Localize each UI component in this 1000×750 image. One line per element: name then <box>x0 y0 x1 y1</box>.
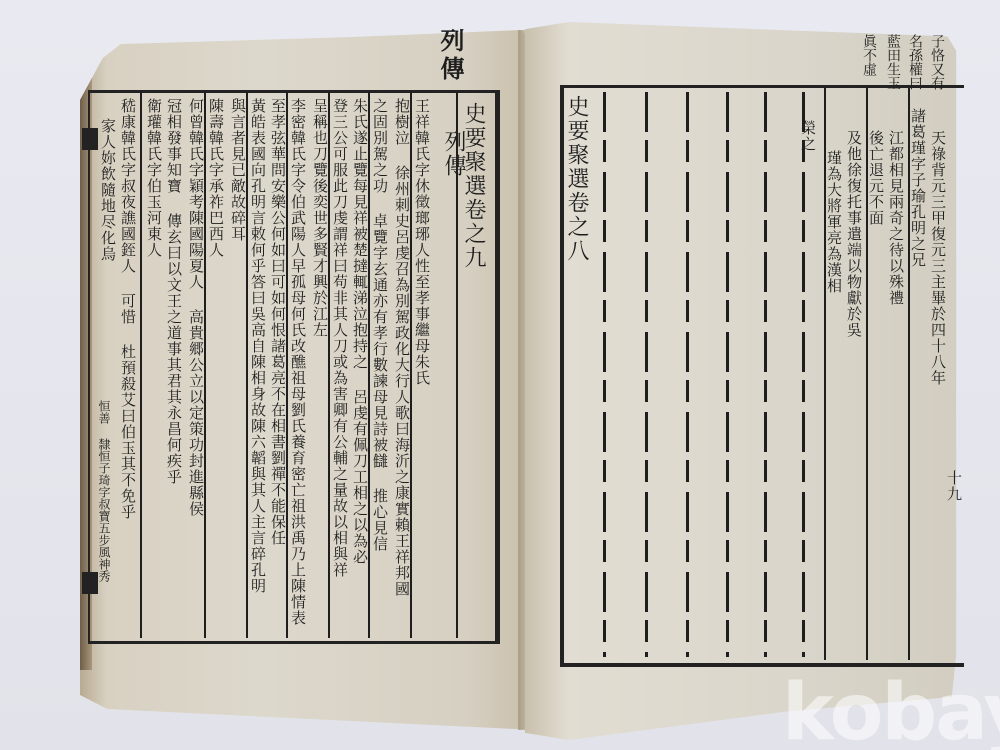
text-column: 及他徐復托事遣端以物獻於吳 <box>846 130 861 650</box>
text-column: 天祿背元三甲復元三主畢於四十八年 <box>930 130 945 650</box>
text-column: 至孝弦華問安樂公何如曰可如何恨諸葛亮不在相書劉禪不能保任 <box>270 98 285 638</box>
text-column: 江都相見兩奇之待以殊禮 <box>888 130 903 650</box>
text-column: 王祥韓氏字休徵瑯琊人性至孝事繼母朱氏 <box>414 98 429 638</box>
blank-column-rule <box>686 92 689 657</box>
top-note: 名孫權曰 <box>908 34 922 90</box>
text-column: 瑾為大將軍亮為漢相 <box>826 150 841 650</box>
text-column: 呈稱也刀覽後奕世多賢才興於江左 <box>312 98 327 638</box>
text-column: 朱氏遂止覽每見祥被楚撻輒涕泣抱持之 呂虔有佩刀工相之以為必 <box>352 98 367 638</box>
text-column: 登三公可服此刀虔謂祥曰苟非其人刀或為害卿有公輔之量故以相與祥 <box>332 98 347 638</box>
text-column: 衛瓘韓氏字伯玉河東人 <box>146 98 161 638</box>
column-rule <box>286 92 288 638</box>
text-column: 黃皓表國向孔明言敕何乎答曰吳高自陳相身故陳六韜與其人主言碎孔明 <box>250 98 265 638</box>
top-note: 藍田生玉 <box>886 34 900 90</box>
blank-column-rule <box>645 92 648 657</box>
blank-column-rule <box>603 92 606 657</box>
text-column: 何曾韓氏字穎考陳國陽夏人 高貴郷公立以定策功封進縣侯 <box>188 98 203 638</box>
column-rule <box>328 92 330 638</box>
blank-column-rule <box>802 92 805 657</box>
column-rule <box>824 88 826 660</box>
left-top-label: 列傳 <box>438 28 462 84</box>
top-note: 眞不虛 <box>862 34 876 76</box>
text-column: 冠相發事知寶 傳玄曰以文王之道事其君其永昌何疾乎 <box>166 98 181 638</box>
watermark: kobay <box>782 668 1000 750</box>
top-note: 子恪又有 <box>930 34 944 90</box>
column-rule <box>908 88 910 660</box>
left-section-title: 列傳 <box>442 130 464 178</box>
page-number: 十九 <box>946 470 961 502</box>
blank-column-rule <box>726 92 729 657</box>
fishtail-mark <box>82 128 98 150</box>
column-rule <box>140 92 142 638</box>
right-volume-title: 史要聚選卷之八 <box>565 95 587 263</box>
text-column: 與言者見已敵故碎耳 <box>230 98 245 638</box>
column-rule <box>204 92 206 638</box>
text-column: 恒善 隸恒子琦字叔寶五步風神秀 <box>98 400 110 640</box>
text-column: 之固別駕之功 卓覽字玄通亦有孝行數諫母見詩被讎 推心見信 <box>372 98 387 638</box>
blank-column-rule <box>764 92 767 657</box>
column-rule <box>866 88 868 660</box>
fishtail-mark <box>82 572 98 594</box>
column-rule <box>410 92 412 638</box>
text-column: 陳壽韓氏字承祚巴西人 <box>208 98 223 638</box>
left-volume-title: 史要聚選卷之九 <box>462 102 484 270</box>
text-column: 李密韓氏字令伯武陽人早孤母何氏改醮祖母劉氏養育密亡祖洪禹乃上陳情表 <box>290 98 305 638</box>
text-column: 抱樹泣 徐州刺史呂虔召為別駕政化大行人歌曰海沂之康實賴王祥邦國 <box>394 98 409 638</box>
column-rule <box>456 92 458 638</box>
text-column: 諸葛瑾字子瑜孔明之兄 <box>910 108 925 648</box>
text-column: 後亡退元不面 <box>868 130 883 650</box>
column-rule <box>246 92 248 638</box>
text-column: 嵇康韓氏字叔夜譙國銍人 可惜 杜預殺艾曰伯玉其不免乎 <box>120 98 135 638</box>
column-rule <box>368 92 370 638</box>
